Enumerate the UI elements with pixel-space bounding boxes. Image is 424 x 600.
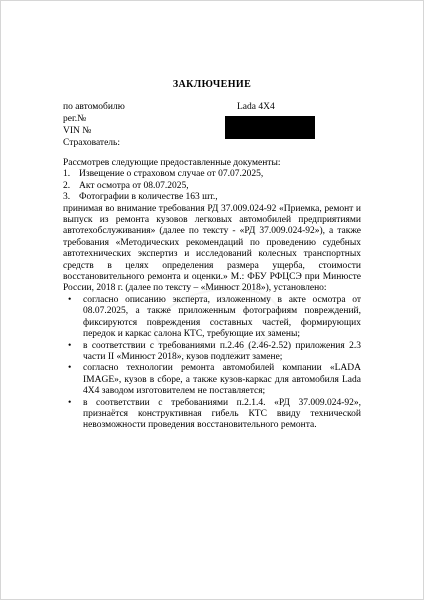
- document-text: Акт осмотра от 08.07.2025,: [79, 181, 361, 192]
- bullet-marker: •: [63, 295, 83, 341]
- intro-text: Рассмотрев следующие предоставленные док…: [63, 158, 361, 169]
- vin-row: VIN №: [63, 125, 361, 137]
- insured-label: Страхователь:: [63, 138, 120, 148]
- document-number: 1.: [63, 169, 79, 180]
- finding-text: согласно описанию эксперта, изложенному …: [83, 295, 361, 341]
- insured-row: Страхователь:: [63, 137, 361, 149]
- finding-item: • согласно технологии ремонта автомобиле…: [63, 363, 361, 397]
- bullet-marker: •: [63, 398, 83, 432]
- redaction-box: [225, 116, 315, 139]
- document-text: Извещение о страховом случае от 07.07.20…: [79, 169, 361, 180]
- document-header: по автомобилю Lada 4X4 рег.№ VIN № Страх…: [63, 101, 361, 149]
- bullet-marker: •: [63, 363, 83, 397]
- document-page: ЗАКЛЮЧЕНИЕ по автомобилю Lada 4X4 рег.№ …: [0, 0, 424, 600]
- reg-label: рег.№: [63, 114, 86, 124]
- document-text: Фотографии в количестве 163 шт.,: [79, 192, 361, 203]
- document-item: 1. Извещение о страховом случае от 07.07…: [63, 169, 361, 180]
- preamble-text: принимая во внимание требования РД 37.00…: [63, 204, 361, 295]
- document-number: 2.: [63, 181, 79, 192]
- finding-text: согласно технологии ремонта автомобилей …: [83, 363, 361, 397]
- vehicle-row: по автомобилю Lada 4X4: [63, 101, 361, 113]
- bullet-marker: •: [63, 341, 83, 364]
- vehicle-value: Lada 4X4: [237, 101, 275, 113]
- document-item: 3. Фотографии в количестве 163 шт.,: [63, 192, 361, 203]
- vehicle-label: по автомобилю: [63, 102, 125, 112]
- finding-text: в соответствии с требованиями п.2.1.4. «…: [83, 398, 361, 432]
- document-item: 2. Акт осмотра от 08.07.2025,: [63, 181, 361, 192]
- finding-item: • в соответствии с требованиями п.2.46 (…: [63, 341, 361, 364]
- page-title: ЗАКЛЮЧЕНИЕ: [63, 79, 361, 91]
- finding-item: • согласно описанию эксперта, изложенном…: [63, 295, 361, 341]
- findings-list: • согласно описанию эксперта, изложенном…: [63, 295, 361, 432]
- reg-row: рег.№: [63, 113, 361, 125]
- vin-label: VIN №: [63, 126, 91, 136]
- finding-item: • в соответствии с требованиями п.2.1.4.…: [63, 398, 361, 432]
- document-list: 1. Извещение о страховом случае от 07.07…: [63, 169, 361, 203]
- document-number: 3.: [63, 192, 79, 203]
- finding-text: в соответствии с требованиями п.2.46 (2.…: [83, 341, 361, 364]
